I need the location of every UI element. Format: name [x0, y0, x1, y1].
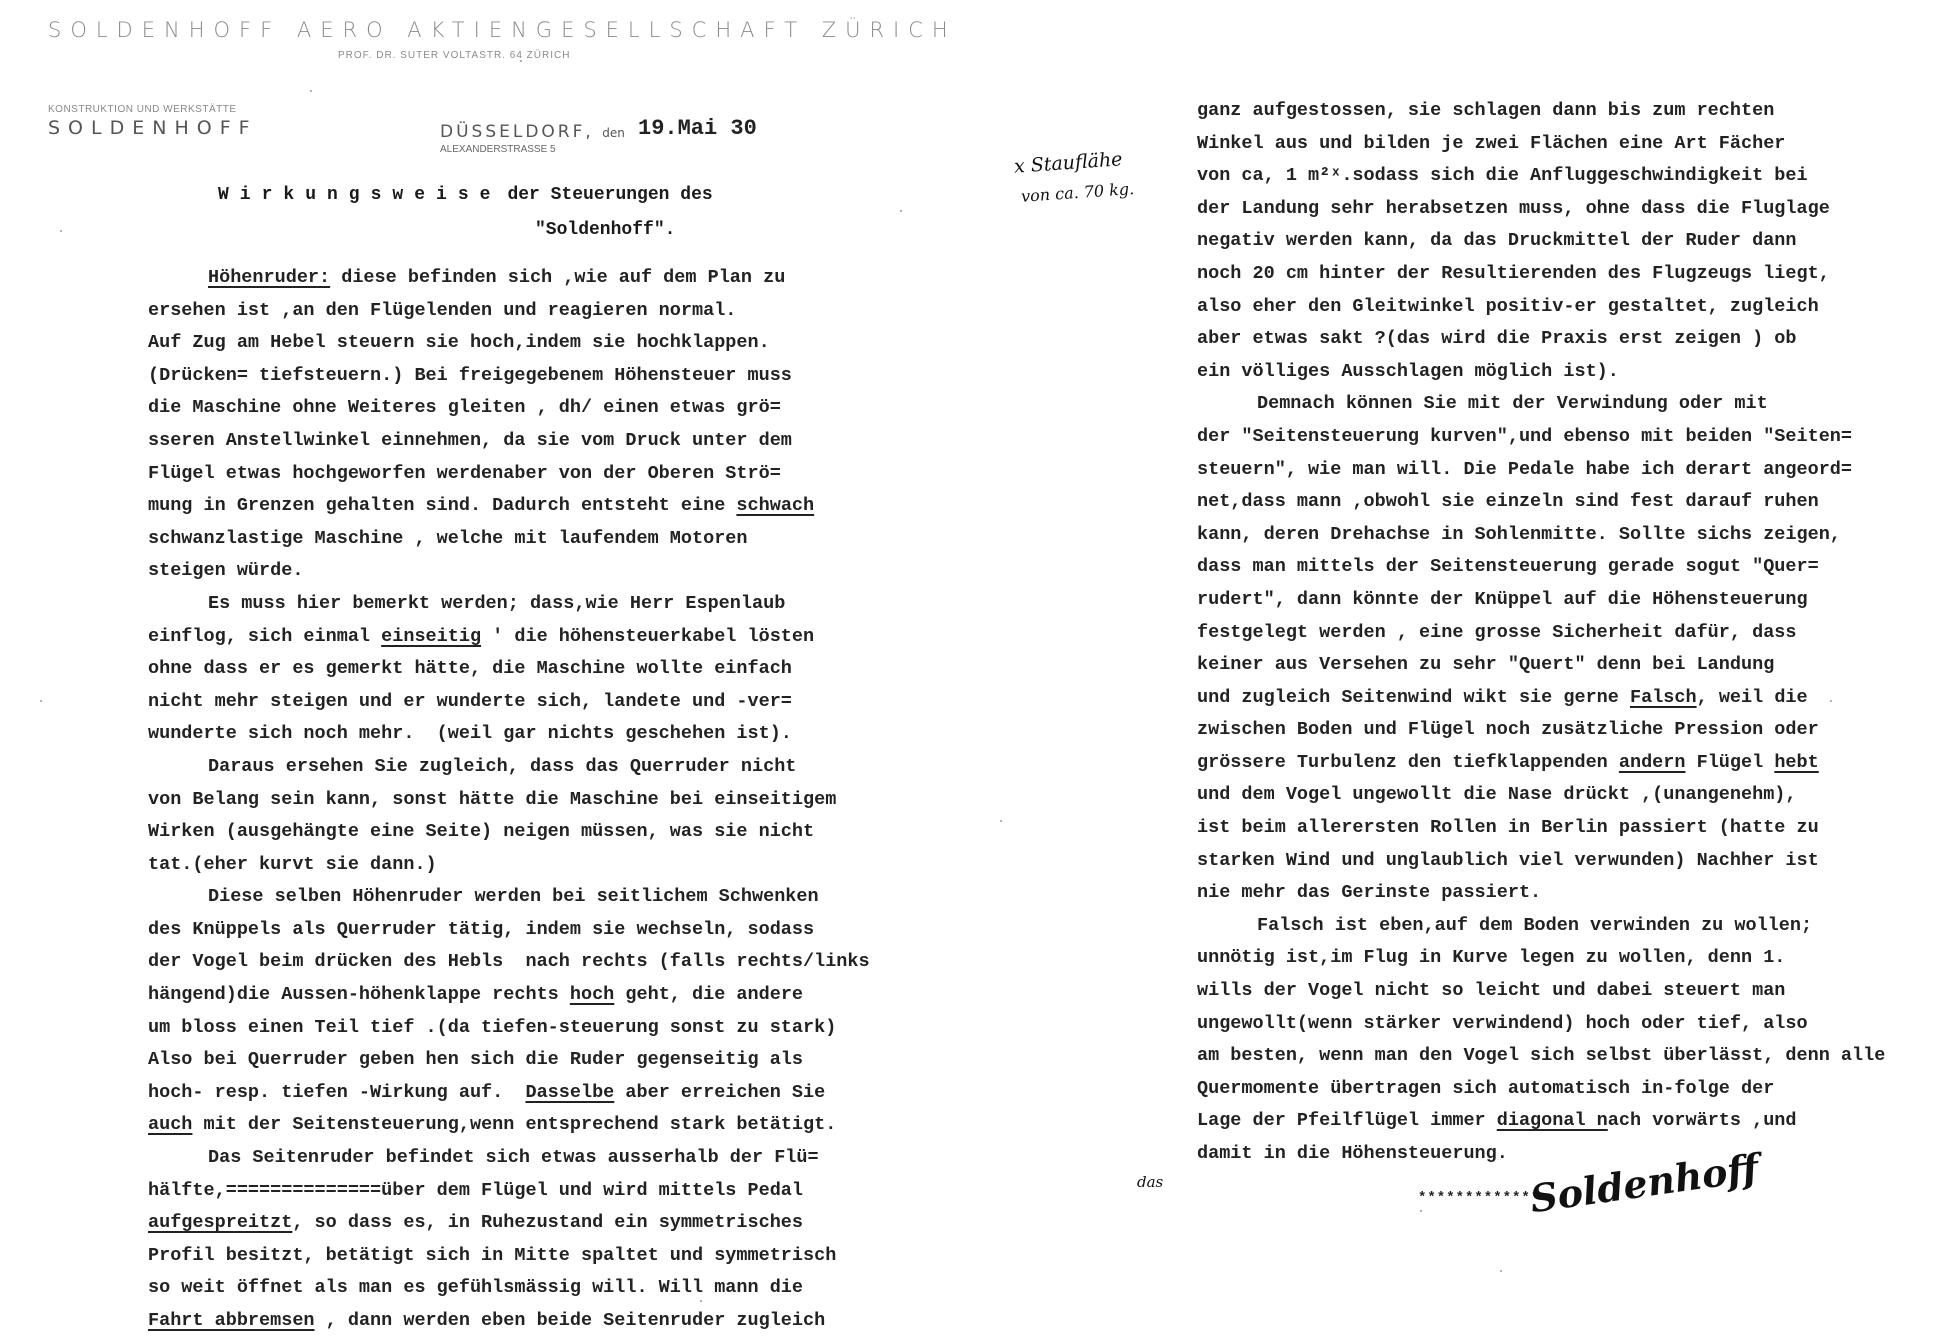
letter-date: 19.Mai 30: [638, 116, 757, 141]
text-run: festgelegt werden , eine grosse Sicherhe…: [1197, 622, 1797, 643]
text-line: rudert", dann könnte der Knüppel auf die…: [1197, 584, 1885, 617]
text-line: Höhenruder: diese befinden sich ,wie auf…: [148, 262, 870, 295]
text-line: schwanzlastige Maschine , welche mit lau…: [148, 523, 870, 556]
text-line: (Drücken= tiefsteuern.) Bei freigegebene…: [148, 360, 870, 393]
text-run: aber erreichen Sie: [614, 1082, 825, 1103]
text-line: negativ werden kann, da das Druckmittel …: [1197, 225, 1885, 258]
scan-speck: [700, 1300, 702, 1302]
text-line: festgelegt werden , eine grosse Sicherhe…: [1197, 617, 1885, 650]
text-run: dass man mittels der Seitensteuerung ger…: [1197, 556, 1819, 577]
text-run: hängend)die Aussen-höhenklappe rechts: [148, 984, 570, 1005]
underlined-text: hoch: [570, 984, 614, 1005]
text-run: von Belang sein kann, sonst hätte die Ma…: [148, 789, 836, 810]
text-line: aber etwas sakt ?(das wird die Praxis er…: [1197, 323, 1885, 356]
text-run: des Knüppels als Querruder tätig, indem …: [148, 919, 814, 940]
text-line: hängend)die Aussen-höhenklappe rechts ho…: [148, 979, 870, 1012]
text-line: ein völliges Ausschlagen möglich ist).: [1197, 356, 1885, 389]
text-run: unnötig ist,im Flug in Kurve legen zu wo…: [1197, 947, 1785, 968]
text-line: von ca, 1 m²ˣ.sodass sich die Anfluggesc…: [1197, 160, 1885, 193]
street-address: ALEXANDERSTRASSE 5: [440, 144, 556, 155]
text-run: ohne dass er es gemerkt hätte, die Masch…: [148, 658, 792, 679]
scan-speck: [1830, 700, 1832, 702]
text-run: (Drücken= tiefsteuern.) Bei freigegebene…: [148, 365, 792, 386]
scan-speck: [1500, 1270, 1502, 1272]
text-line: ist beim allerersten Rollen in Berlin pa…: [1197, 812, 1885, 845]
text-line: aufgespreitzt, so dass es, in Ruhezustan…: [148, 1207, 870, 1240]
text-line: hoch- resp. tiefen -Wirkung auf. Dasselb…: [148, 1077, 870, 1110]
underlined-text: hebt: [1774, 752, 1818, 773]
handwritten-note-stauflaeche: x Stauflähe: [1013, 148, 1123, 178]
text-line: um bloss einen Teil tief .(da tiefen-ste…: [148, 1012, 870, 1045]
text-run: Falsch ist eben,auf dem Boden verwinden …: [1257, 915, 1812, 936]
text-run: geht, die andere: [614, 984, 803, 1005]
text-line: grössere Turbulenz den tiefklappenden an…: [1197, 747, 1885, 780]
text-run: Diese selben Höhenruder werden bei seitl…: [208, 886, 819, 907]
text-line: und dem Vogel ungewollt die Nase drückt …: [1197, 779, 1885, 812]
text-line: ersehen ist ,an den Flügelenden und reag…: [148, 295, 870, 328]
text-run: wills der Vogel nicht so leicht und dabe…: [1197, 980, 1785, 1001]
text-line: die Maschine ohne Weiteres gleiten , dh/…: [148, 392, 870, 425]
handwritten-note-das: das: [1137, 1173, 1163, 1191]
text-line: Fahrt abbremsen , dann werden eben beide…: [148, 1305, 870, 1338]
text-line: Quermomente übertragen sich automatisch …: [1197, 1073, 1885, 1106]
text-line: Daraus ersehen Sie zugleich, dass das Qu…: [148, 751, 870, 784]
text-run: schwanzlastige Maschine , welche mit lau…: [148, 528, 748, 549]
text-run: Es muss hier bemerkt werden; dass,wie He…: [208, 593, 785, 614]
text-line: nicht mehr steigen und er wunderte sich,…: [148, 686, 870, 719]
text-line: so weit öffnet als man es gefühlsmässig …: [148, 1272, 870, 1305]
text-run: , weil die: [1697, 687, 1808, 708]
text-line: net,dass mann ,obwohl sie einzeln sind f…: [1197, 486, 1885, 519]
scan-speck: [310, 90, 312, 92]
text-line: Diese selben Höhenruder werden bei seitl…: [148, 881, 870, 914]
text-line: unnötig ist,im Flug in Kurve legen zu wo…: [1197, 942, 1885, 975]
text-line: Also bei Querruder geben hen sich die Ru…: [148, 1044, 870, 1077]
scan-speck: [1420, 1210, 1422, 1212]
closing-stars: *************: [1418, 1190, 1540, 1206]
underlined-text: aufgespreitzt: [148, 1212, 292, 1233]
company-letterhead: SOLDENHOFF AERO AKTIENGESELLSCHAFT ZÜRIC…: [48, 18, 957, 42]
text-run: so weit öffnet als man es gefühlsmässig …: [148, 1277, 803, 1298]
text-line: Profil besitzt, betätigt sich in Mitte s…: [148, 1240, 870, 1273]
text-run: am besten, wenn man den Vogel sich selbs…: [1197, 1045, 1885, 1066]
text-run: Also bei Querruder geben hen sich die Ru…: [148, 1049, 803, 1070]
underlined-text: diagonal n: [1497, 1110, 1608, 1131]
text-run: Demnach können Sie mit der Verwindung od…: [1257, 393, 1768, 414]
text-run: ersehen ist ,an den Flügelenden und reag…: [148, 300, 736, 321]
underlined-text: Dasselbe: [525, 1082, 614, 1103]
text-run: Quermomente übertragen sich automatisch …: [1197, 1078, 1774, 1099]
underlined-text: Höhenruder:: [208, 267, 330, 288]
workshop-label: KONSTRUKTION UND WERKSTÄTTE: [48, 104, 237, 115]
text-run: negativ werden kann, da das Druckmittel …: [1197, 230, 1797, 251]
title-spaced-word: Wirkungsweise: [218, 185, 501, 205]
text-run: rudert", dann könnte der Knüppel auf die…: [1197, 589, 1808, 610]
text-line: also eher den Gleitwinkel positiv-er ges…: [1197, 291, 1885, 324]
document-subtitle: "Soldenhoff".: [535, 220, 675, 240]
text-line: wills der Vogel nicht so leicht und dabe…: [1197, 975, 1885, 1008]
text-run: steuern", wie man will. Die Pedale habe …: [1197, 459, 1852, 480]
text-run: ist beim allerersten Rollen in Berlin pa…: [1197, 817, 1819, 838]
underlined-text: schwach: [736, 495, 814, 516]
text-line: dass man mittels der Seitensteuerung ger…: [1197, 551, 1885, 584]
text-run: Wirken (ausgehängte eine Seite) neigen m…: [148, 821, 814, 842]
text-line: Lage der Pfeilflügel immer diagonal nach…: [1197, 1105, 1885, 1138]
text-run: , dann werden eben beide Seitenruder zug…: [315, 1310, 826, 1331]
text-line: am besten, wenn man den Vogel sich selbs…: [1197, 1040, 1885, 1073]
text-run: der Landung sehr herabsetzen muss, ohne …: [1197, 198, 1830, 219]
text-run: aber etwas sakt ?(das wird die Praxis er…: [1197, 328, 1797, 349]
text-run: tat.(eher kurvt sie dann.): [148, 854, 437, 875]
text-run: grössere Turbulenz den tiefklappenden: [1197, 752, 1619, 773]
text-run: und zugleich Seitenwind wikt sie gerne: [1197, 687, 1630, 708]
right-body-text: ganz aufgestossen, sie schlagen dann bis…: [1197, 95, 1885, 1171]
text-run: und dem Vogel ungewollt die Nase drückt …: [1197, 784, 1797, 805]
handwritten-note-weight: von ca. 70 kg.: [1020, 179, 1134, 206]
text-line: ganz aufgestossen, sie schlagen dann bis…: [1197, 95, 1885, 128]
underlined-text: Fahrt abbremsen: [148, 1310, 315, 1331]
city-name: DÜSSELDORF,: [440, 122, 594, 142]
text-run: kann, deren Drehachse in Sohlenmitte. So…: [1197, 524, 1841, 545]
text-line: der "Seitensteuerung kurven",und ebenso …: [1197, 421, 1885, 454]
text-run: hoch- resp. tiefen -Wirkung auf.: [148, 1082, 525, 1103]
text-run: Daraus ersehen Sie zugleich, dass das Qu…: [208, 756, 796, 777]
text-line: des Knüppels als Querruder tätig, indem …: [148, 914, 870, 947]
text-run: hälfte,==============über dem Flügel und…: [148, 1180, 803, 1201]
text-run: ungewollt(wenn stärker verwindend) hoch …: [1197, 1013, 1808, 1034]
text-run: der "Seitensteuerung kurven",und ebenso …: [1197, 426, 1852, 447]
text-line: noch 20 cm hinter der Resultierenden des…: [1197, 258, 1885, 291]
left-body-text: Höhenruder: diese befinden sich ,wie auf…: [148, 262, 870, 1338]
city-suffix: den: [602, 126, 625, 140]
text-run: Profil besitzt, betätigt sich in Mitte s…: [148, 1245, 836, 1266]
text-line: Winkel aus und bilden je zwei Flächen ei…: [1197, 128, 1885, 161]
text-line: nie mehr das Gerinste passiert.: [1197, 877, 1885, 910]
text-line: wunderte sich noch mehr. (weil gar nicht…: [148, 718, 870, 751]
scan-speck: [760, 640, 762, 642]
text-run: zwischen Boden und Flügel noch zusätzlic…: [1197, 719, 1819, 740]
text-line: der Landung sehr herabsetzen muss, ohne …: [1197, 193, 1885, 226]
underlined-text: andern: [1619, 752, 1686, 773]
text-line: steuern", wie man will. Die Pedale habe …: [1197, 454, 1885, 487]
text-run: starken Wind und unglaublich viel verwun…: [1197, 850, 1819, 871]
text-run: Winkel aus und bilden je zwei Flächen ei…: [1197, 133, 1785, 154]
text-line: keiner aus Versehen zu sehr "Quert" denn…: [1197, 649, 1885, 682]
left-page: SOLDENHOFF AERO AKTIENGESELLSCHAFT ZÜRIC…: [0, 0, 969, 1339]
text-run: ach vorwärts ,und: [1608, 1110, 1797, 1131]
text-run: um bloss einen Teil tief .(da tiefen-ste…: [148, 1017, 836, 1038]
text-run: Flügel: [1686, 752, 1775, 773]
text-line: Flügel etwas hochgeworfen werdenaber von…: [148, 458, 870, 491]
text-line: kann, deren Drehachse in Sohlenmitte. So…: [1197, 519, 1885, 552]
text-run: net,dass mann ,obwohl sie einzeln sind f…: [1197, 491, 1819, 512]
text-run: einflog, sich einmal: [148, 626, 381, 647]
text-line: auch mit der Seitensteuerung,wenn entspr…: [148, 1109, 870, 1142]
text-line: tat.(eher kurvt sie dann.): [148, 849, 870, 882]
workshop-name: SOLDENHOFF: [48, 117, 258, 139]
text-run: mung in Grenzen gehalten sind. Dadurch e…: [148, 495, 736, 516]
text-line: ungewollt(wenn stärker verwindend) hoch …: [1197, 1008, 1885, 1041]
text-run: also eher den Gleitwinkel positiv-er ges…: [1197, 296, 1819, 317]
text-line: hälfte,==============über dem Flügel und…: [148, 1175, 870, 1208]
text-run: ' die höhensteuerkabel lösten: [481, 626, 814, 647]
text-run: damit in die Höhensteuerung.: [1197, 1143, 1508, 1164]
closing: *************Soldenhoff: [1418, 1165, 1770, 1210]
text-run: ein völliges Ausschlagen möglich ist).: [1197, 361, 1619, 382]
text-line: Das Seitenruder befindet sich etwas auss…: [148, 1142, 870, 1175]
underlined-text: auch: [148, 1114, 192, 1135]
text-run: keiner aus Versehen zu sehr "Quert" denn…: [1197, 654, 1774, 675]
text-run: die Maschine ohne Weiteres gleiten , dh/…: [148, 397, 781, 418]
text-run: der Vogel beim drücken des Hebls nach re…: [148, 951, 870, 972]
text-line: Es muss hier bemerkt werden; dass,wie He…: [148, 588, 870, 621]
text-line: und zugleich Seitenwind wikt sie gerne F…: [1197, 682, 1885, 715]
title-rest: der Steuerungen des: [507, 185, 712, 205]
text-run: Auf Zug am Hebel steuern sie hoch,indem …: [148, 332, 770, 353]
text-line: mung in Grenzen gehalten sind. Dadurch e…: [148, 490, 870, 523]
text-line: einflog, sich einmal einseitig ' die höh…: [148, 621, 870, 654]
text-run: sseren Anstellwinkel einnehmen, da sie v…: [148, 430, 792, 451]
text-run: nicht mehr steigen und er wunderte sich,…: [148, 691, 792, 712]
text-run: Lage der Pfeilflügel immer: [1197, 1110, 1497, 1131]
text-run: noch 20 cm hinter der Resultierenden des…: [1197, 263, 1830, 284]
scan-speck: [40, 700, 42, 702]
scan-speck: [60, 230, 62, 232]
text-line: von Belang sein kann, sonst hätte die Ma…: [148, 784, 870, 817]
text-run: von ca, 1 m²ˣ.sodass sich die Anfluggesc…: [1197, 165, 1808, 186]
underlined-text: Falsch: [1630, 687, 1697, 708]
scan-speck: [520, 60, 522, 62]
text-run: mit der Seitensteuerung,wenn entsprechen…: [192, 1114, 836, 1135]
right-page: x Stauflähe von ca. 70 kg. das ganz aufg…: [969, 0, 1938, 1339]
text-run: diese befinden sich ,wie auf dem Plan zu: [330, 267, 785, 288]
scan-speck: [900, 210, 902, 212]
city-line: DÜSSELDORF, den: [440, 122, 625, 142]
text-run: Das Seitenruder befindet sich etwas auss…: [208, 1147, 819, 1168]
scan-speck: [1240, 960, 1242, 962]
text-line: Demnach können Sie mit der Verwindung od…: [1197, 388, 1885, 421]
document-title: Wirkungsweiseder Steuerungen des: [218, 185, 713, 205]
text-line: zwischen Boden und Flügel noch zusätzlic…: [1197, 714, 1885, 747]
text-line: ohne dass er es gemerkt hätte, die Masch…: [148, 653, 870, 686]
text-line: Auf Zug am Hebel steuern sie hoch,indem …: [148, 327, 870, 360]
text-line: der Vogel beim drücken des Hebls nach re…: [148, 946, 870, 979]
text-line: sseren Anstellwinkel einnehmen, da sie v…: [148, 425, 870, 458]
underlined-text: einseitig: [381, 626, 481, 647]
text-run: steigen würde.: [148, 560, 303, 581]
text-run: ganz aufgestossen, sie schlagen dann bis…: [1197, 100, 1774, 121]
text-run: , so dass es, in Ruhezustand ein symmetr…: [292, 1212, 803, 1233]
text-line: steigen würde.: [148, 555, 870, 588]
text-run: wunderte sich noch mehr. (weil gar nicht…: [148, 723, 792, 744]
text-line: Falsch ist eben,auf dem Boden verwinden …: [1197, 910, 1885, 943]
scan-speck: [1000, 820, 1002, 822]
company-address: PROF. DR. SUTER VOLTASTR. 64 ZÜRICH: [338, 50, 570, 61]
text-run: Flügel etwas hochgeworfen werdenaber von…: [148, 463, 781, 484]
text-line: Wirken (ausgehängte eine Seite) neigen m…: [148, 816, 870, 849]
text-run: nie mehr das Gerinste passiert.: [1197, 882, 1541, 903]
text-line: starken Wind und unglaublich viel verwun…: [1197, 845, 1885, 878]
